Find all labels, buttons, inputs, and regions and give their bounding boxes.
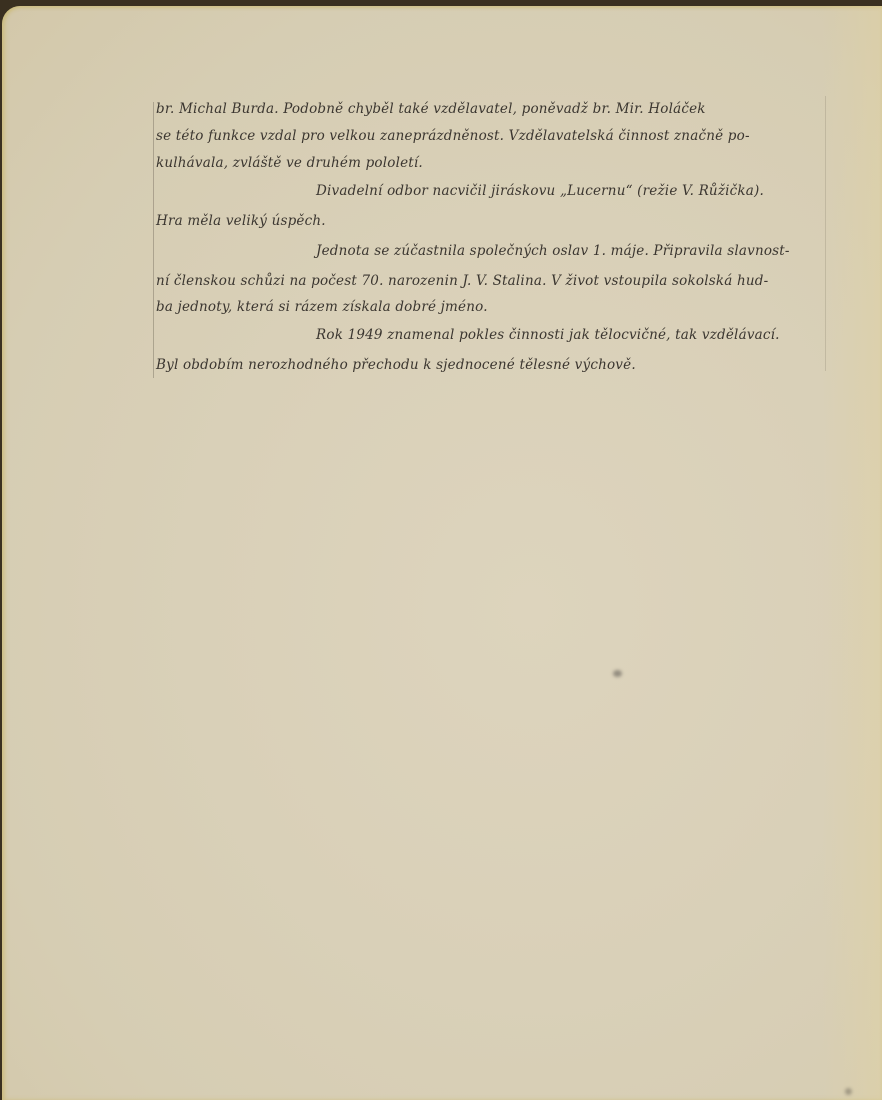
text-line: Hra měla veliký úspěch. (156, 210, 326, 232)
chronicle-page: br. Michal Burda. Podobně chyběl také vz… (2, 6, 882, 1100)
text-line: Rok 1949 znamenal pokles činnosti jak tě… (316, 324, 780, 346)
text-line: ní členskou schůzi na počest 70. narozen… (156, 270, 768, 292)
text-line: Byl obdobím nerozhodného přechodu k sjed… (156, 354, 636, 376)
text-line: se této funkce vzdal pro velkou zanepráz… (156, 125, 750, 147)
text-line: Divadelní odbor nacvičil jiráskovu „Luce… (316, 180, 764, 202)
ink-spot (613, 670, 622, 677)
ink-spot (845, 1088, 852, 1095)
text-line: kulhávala, zvláště ve druhém pololetí. (156, 152, 423, 174)
text-line: Jednota se zúčastnila společných oslav 1… (316, 240, 790, 262)
scanned-page-view: br. Michal Burda. Podobně chyběl také vz… (0, 0, 882, 1100)
right-margin-rule (825, 96, 826, 371)
text-line: br. Michal Burda. Podobně chyběl také vz… (156, 98, 706, 120)
left-margin-rule (153, 102, 154, 378)
text-line: ba jednoty, která si rázem získala dobré… (156, 296, 488, 318)
